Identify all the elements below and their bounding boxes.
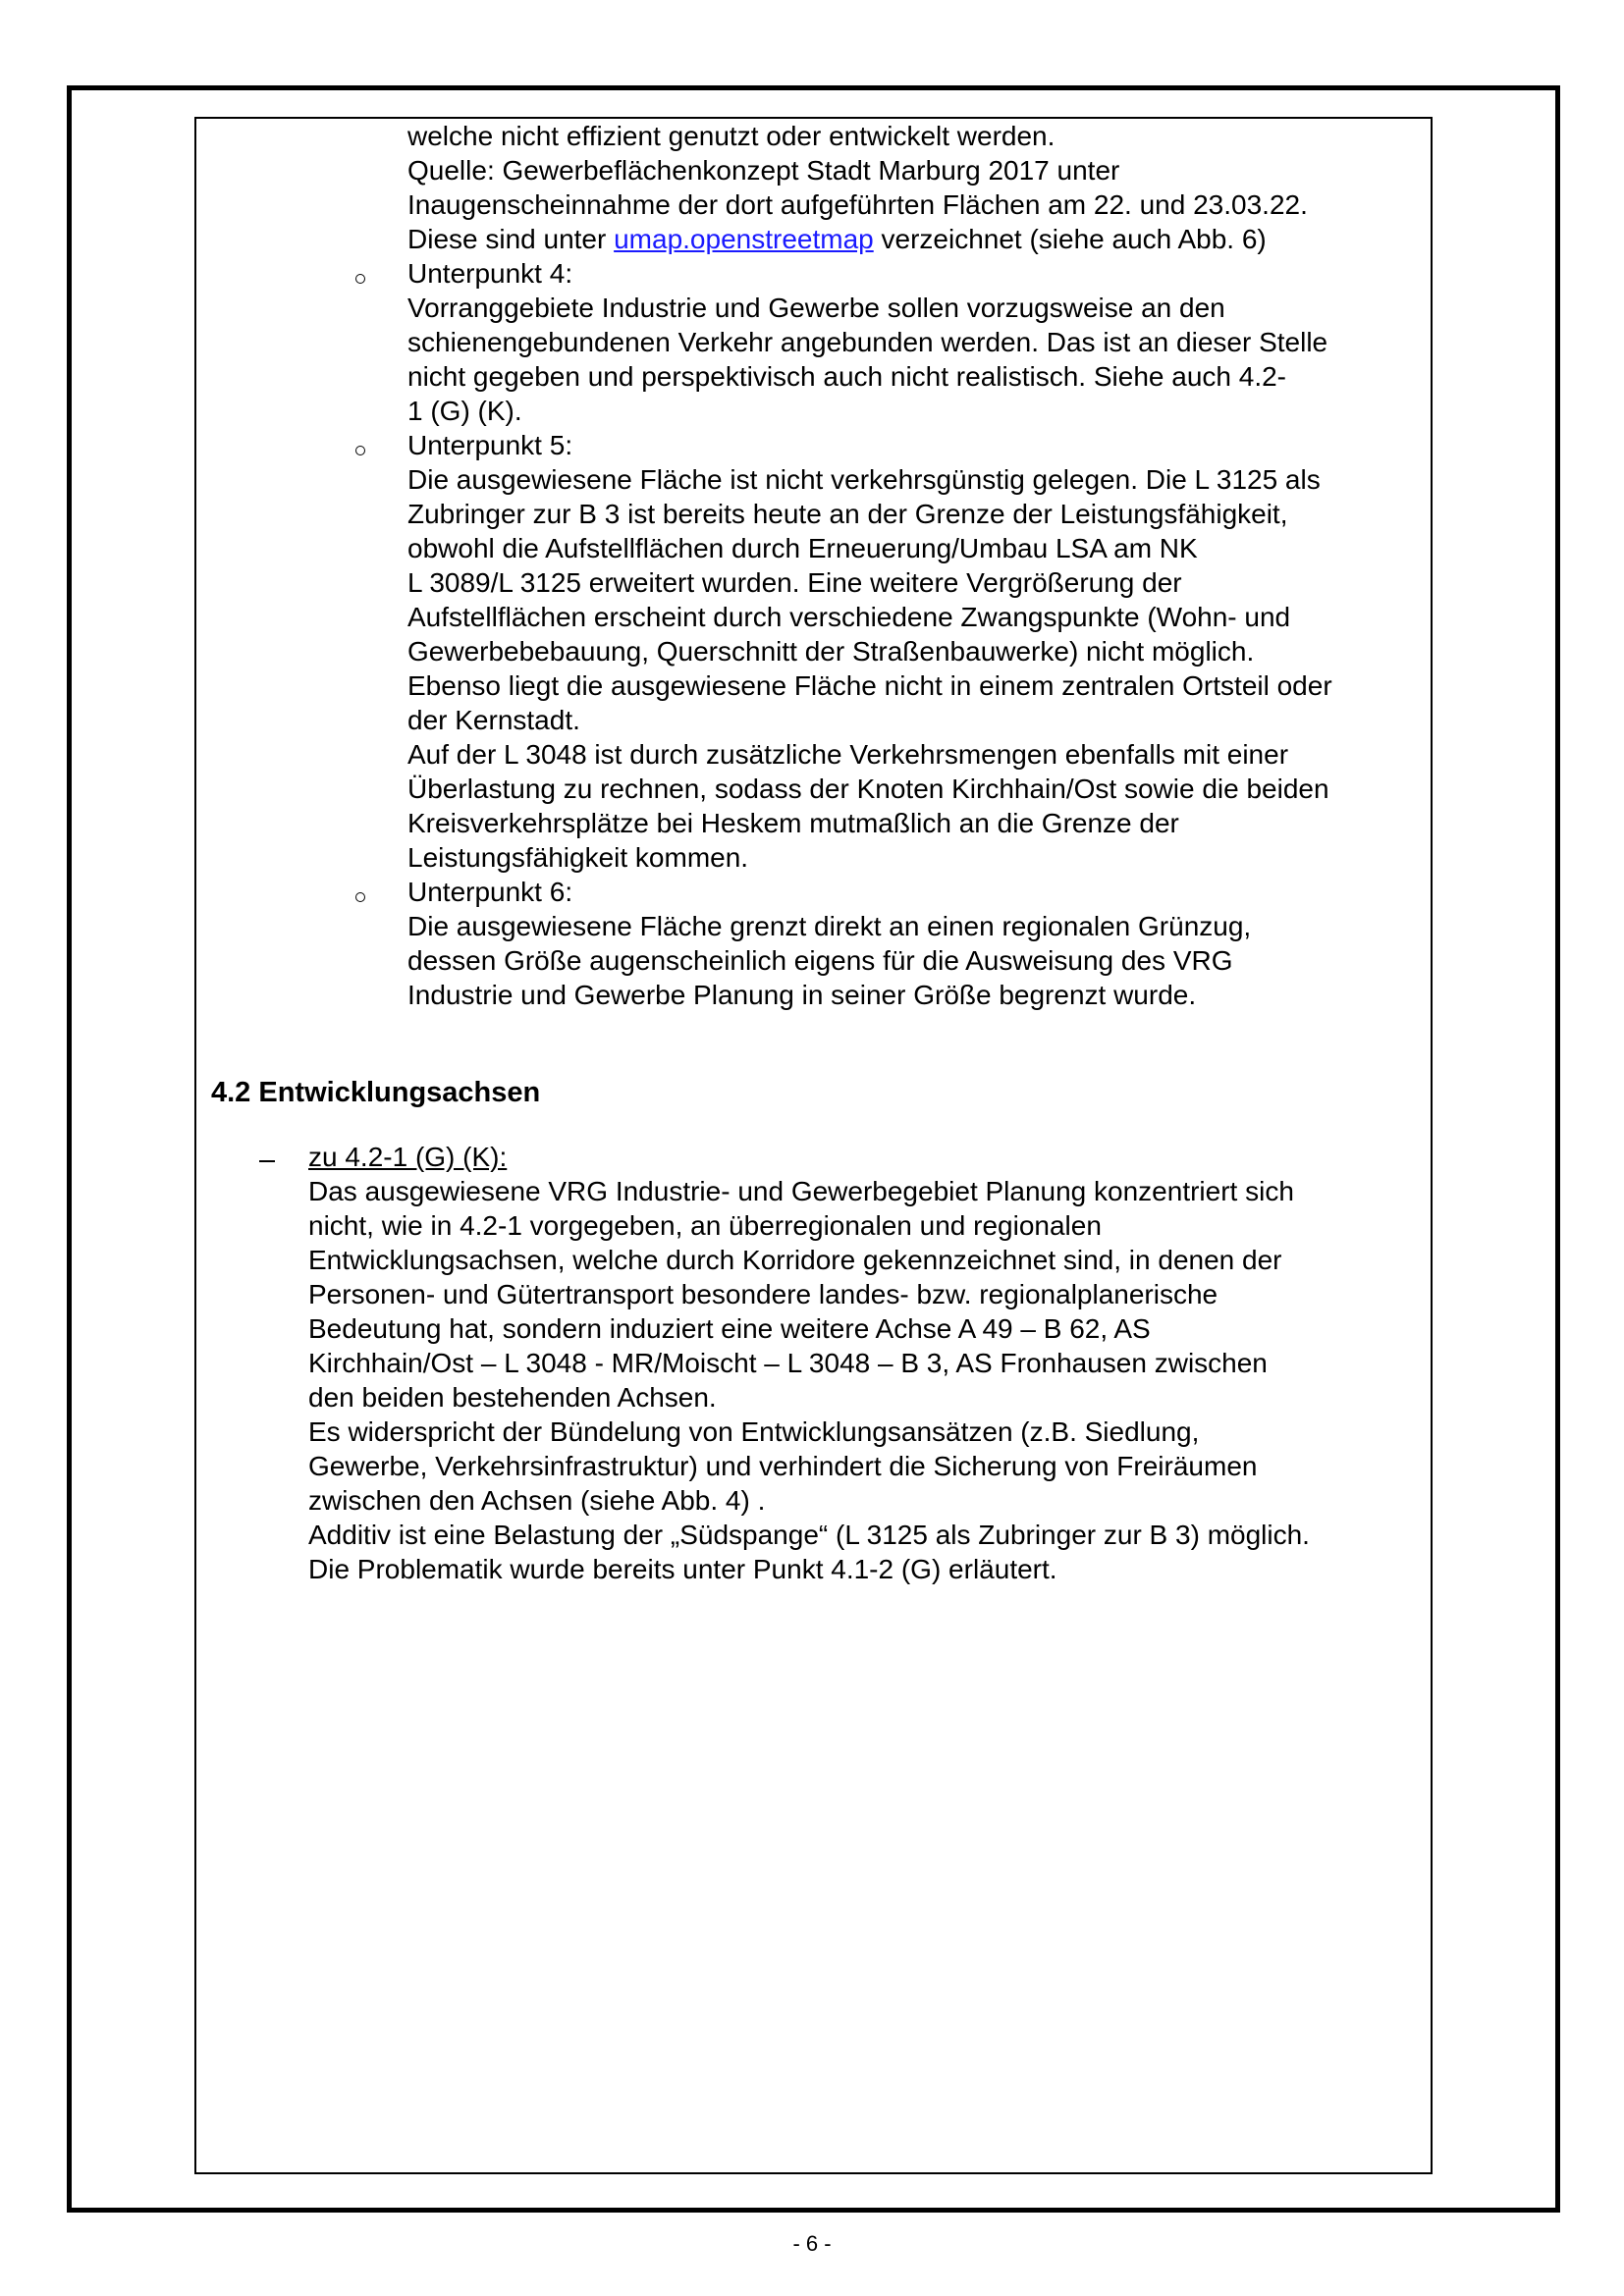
umap-openstreetmap-link[interactable]: umap.openstreetmap — [614, 224, 874, 254]
paragraph-line: Additiv ist eine Belastung der „Südspang… — [308, 1518, 1310, 1552]
paragraph-line: Ebenso liegt die ausgewiesene Fläche nic… — [407, 668, 1332, 703]
paragraph-line: den beiden bestehenden Achsen. — [308, 1380, 717, 1415]
page-number: - 6 - — [0, 2230, 1624, 2258]
subpoint-title: Unterpunkt 6: — [407, 875, 572, 909]
paragraph-line: Bedeutung hat, sondern induziert eine we… — [308, 1311, 1151, 1346]
paragraph-line: Es widerspricht der Bündelung von Entwic… — [308, 1415, 1199, 1449]
subpoint-title: Unterpunkt 5: — [407, 428, 572, 462]
paragraph-line: Aufstellflächen erscheint durch verschie… — [407, 600, 1290, 634]
paragraph-line: Leistungsfähigkeit kommen. — [407, 840, 748, 875]
paragraph-line: Vorranggebiete Industrie und Gewerbe sol… — [407, 291, 1225, 325]
source-text-before: Diese sind unter — [407, 224, 614, 254]
subpoint-title: Unterpunkt 4: — [407, 256, 572, 291]
paragraph-line: Die Problematik wurde bereits unter Punk… — [308, 1552, 1057, 1586]
paragraph-line: nicht, wie in 4.2-1 vorgegeben, an überr… — [308, 1208, 1102, 1243]
paragraph-line: Auf der L 3048 ist durch zusätzliche Ver… — [407, 737, 1288, 772]
paragraph-line: Überlastung zu rechnen, sodass der Knote… — [407, 772, 1329, 806]
paragraph-line: dessen Größe augenscheinlich eigens für … — [407, 943, 1233, 978]
paragraph-line: Personen- und Gütertransport besondere l… — [308, 1277, 1218, 1311]
paragraph-line: 1 (G) (K). — [407, 394, 522, 428]
paragraph-line: Quelle: Gewerbeflächenkonzept Stadt Marb… — [407, 153, 1119, 187]
item-title: zu 4.2-1 (G) (K): — [308, 1140, 507, 1174]
paragraph-line: obwohl die Aufstellflächen durch Erneuer… — [407, 531, 1198, 565]
paragraph-line: schienengebundenen Verkehr angebunden we… — [407, 325, 1327, 359]
source-line: Diese sind unter umap.openstreetmap verz… — [407, 222, 1267, 256]
paragraph-line: Zubringer zur B 3 ist bereits heute an d… — [407, 497, 1288, 531]
paragraph-line: Kreisverkehrsplätze bei Heskem mutmaßlic… — [407, 806, 1179, 840]
paragraph-line: nicht gegeben und perspektivisch auch ni… — [407, 359, 1286, 394]
circle-bullet-icon — [355, 274, 365, 284]
paragraph-line: zwischen den Achsen (siehe Abb. 4) . — [308, 1483, 765, 1518]
circle-bullet-icon — [355, 892, 365, 902]
paragraph-line: Das ausgewiesene VRG Industrie- und Gewe… — [308, 1174, 1294, 1208]
paragraph-line: L 3089/L 3125 erweitert wurden. Eine wei… — [407, 565, 1182, 600]
circle-bullet-icon — [355, 446, 365, 455]
paragraph-line: Inaugenscheinnahme der dort aufgeführten… — [407, 187, 1308, 222]
paragraph-line: welche nicht effizient genutzt oder entw… — [407, 119, 1055, 153]
paragraph-line: Gewerbe, Verkehrsinfrastruktur) und verh… — [308, 1449, 1257, 1483]
dash-bullet-icon — [259, 1160, 275, 1162]
paragraph-line: Industrie und Gewerbe Planung in seiner … — [407, 978, 1196, 1012]
paragraph-line: Die ausgewiesene Fläche ist nicht verkeh… — [407, 462, 1321, 497]
section-heading: 4.2 Entwicklungsachsen — [211, 1076, 540, 1110]
paragraph-line: Gewerbebebauung, Querschnitt der Straßen… — [407, 634, 1254, 668]
paragraph-line: Die ausgewiesene Fläche grenzt direkt an… — [407, 909, 1251, 943]
paragraph-line: Kirchhain/Ost – L 3048 - MR/Moischt – L … — [308, 1346, 1268, 1380]
paragraph-line: der Kernstadt. — [407, 703, 580, 737]
source-text-after: verzeichnet (siehe auch Abb. 6) — [874, 224, 1267, 254]
paragraph-line: Entwicklungsachsen, welche durch Korrido… — [308, 1243, 1281, 1277]
